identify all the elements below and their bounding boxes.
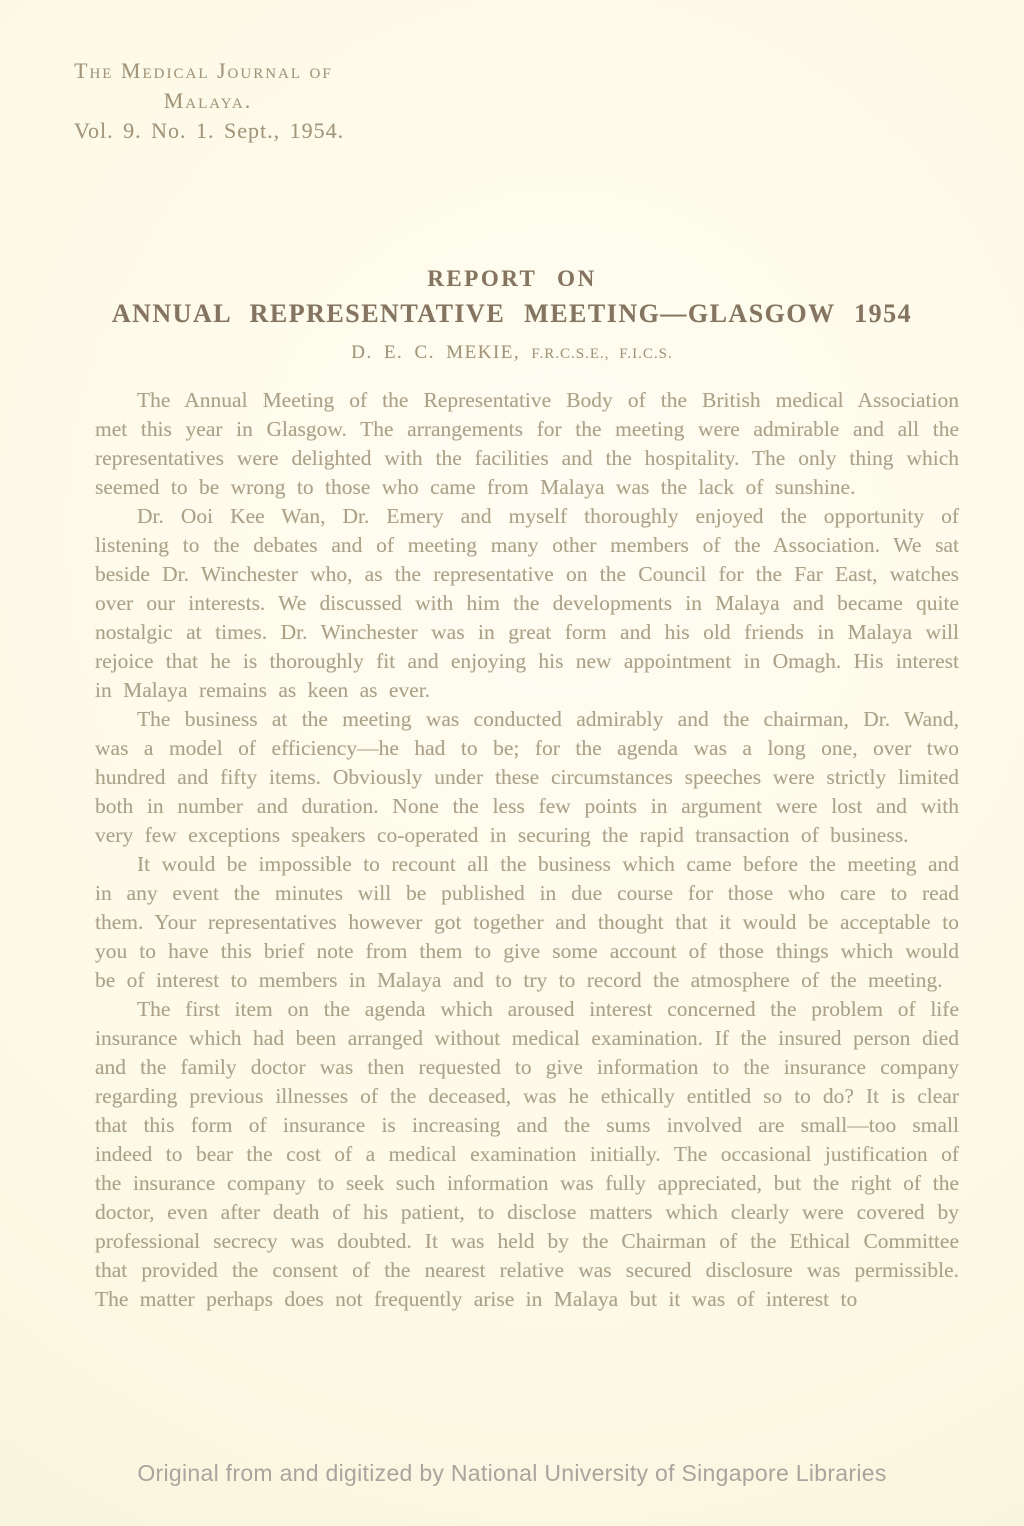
journal-name-line2: Malaya. [74,86,342,116]
article-body: The Annual Meeting of the Representative… [95,386,959,1314]
digitization-attribution: Original from and digitized by National … [0,1460,1024,1487]
article-title-line2: ANNUAL REPRESENTATIVE MEETING—GLASGOW 19… [0,299,1024,329]
author-line: D. E. C. MEKIE, F.R.C.S.E., F.I.C.S. [0,342,1024,364]
article-title-block: REPORT ON ANNUAL REPRESENTATIVE MEETING—… [0,266,1024,364]
author-name: D. E. C. MEKIE, [351,342,520,363]
paragraph-4: It would be impossible to recount all th… [95,850,959,995]
paragraph-1: The Annual Meeting of the Representative… [95,386,959,502]
scanned-journal-page: The Medical Journal of Malaya. Vol. 9. N… [0,0,1024,1526]
paragraph-5: The first item on the agenda which arous… [95,995,959,1314]
volume-issue-date: Vol. 9. No. 1. Sept., 1954. [74,116,364,146]
paragraph-3: The business at the meeting was conducte… [95,705,959,850]
journal-masthead: The Medical Journal of Malaya. Vol. 9. N… [74,56,364,146]
journal-name-line1: The Medical Journal of [74,56,364,86]
author-credentials: F.R.C.S.E., F.I.C.S. [531,346,672,362]
paragraph-2: Dr. Ooi Kee Wan, Dr. Emery and myself th… [95,502,959,705]
article-title-line1: REPORT ON [0,266,1024,292]
